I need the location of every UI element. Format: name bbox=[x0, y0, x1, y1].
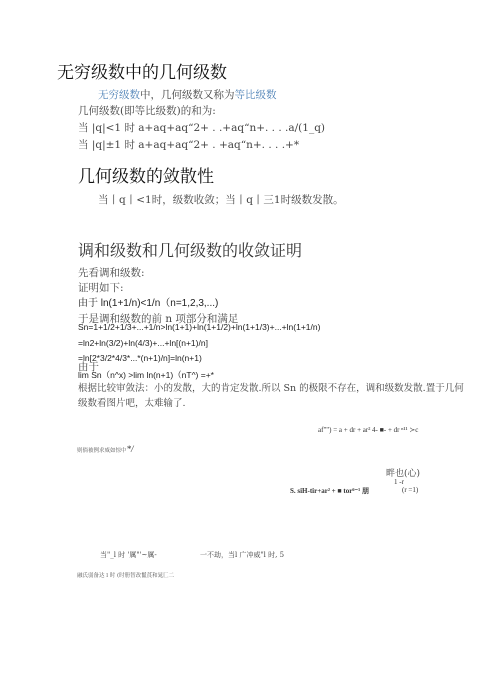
section-title-geometric-series: 无穷级数中的几何级数 bbox=[57, 58, 227, 83]
figure-caption: 则倘被例求威如惊中*/ bbox=[77, 437, 134, 456]
figure-formula-1: af"") = a + dr + ar² 4- ■- + dr ⁿ¹¹ ≻c bbox=[318, 426, 418, 434]
proof-line-10: 级数看图片吧，太难输了. bbox=[78, 396, 186, 412]
figure-formula-cond: (r =1) bbox=[402, 486, 418, 494]
link-infinite-series[interactable]: 无穷级数 bbox=[98, 89, 140, 101]
figure-caption-mark: */ bbox=[127, 444, 134, 454]
figure-line-a-left: 当"_l 时 '厲"'~厲- bbox=[100, 550, 157, 560]
section-title-convergence: 几何级数的敛散性 bbox=[78, 162, 214, 187]
proof-line-9: 根据比较审敛法：小的发散，大的肯定发散.所以 Sn 的极限不存在，调和级数发散.… bbox=[78, 381, 464, 397]
proof-line-0: 先看调和级数: bbox=[78, 265, 145, 281]
figure-line-b: 融氏弱备达 l 时 (时册智改鬣莨和晁匚二 bbox=[77, 571, 174, 579]
figure-caption-text: 则倘被例求威如惊中 bbox=[77, 448, 127, 454]
section-title-proof: 调和级数和几何级数的收敛证明 bbox=[78, 238, 302, 261]
intro-paragraph: 无穷级数中，几何级数又称为等比级数 bbox=[98, 87, 277, 103]
figure-formula-main: S. siH-tir+ar² + ■ tor⁶⁻¹ 朋 bbox=[290, 486, 369, 496]
figure-line-a-right: 一不劫，当l 广冲威"l 时, 5 bbox=[200, 550, 284, 560]
sum-line-1: 当 |q|<1 时 a+aq+aq“2+ . .+aq“n+. . . .a/(… bbox=[78, 120, 325, 136]
sum-line-2: 当 |q|±1 时 a+aq+aq“2+ . +aq“n+. . . .+* bbox=[78, 137, 299, 153]
link-geometric-series[interactable]: 等比级数 bbox=[235, 89, 277, 101]
proof-line-4: Sn=1+1/2+1/3+...+1/n>ln(1+1)+ln(1+1/2)+l… bbox=[78, 319, 320, 335]
sum-line-0: 几何级数(即等比级数)的和为: bbox=[78, 103, 216, 119]
figure-formula-mid: 1 -r bbox=[394, 478, 404, 486]
proof-line-5: =ln2+ln(3/2)+ln(4/3)+...+ln[(n+1)/n] bbox=[78, 335, 208, 351]
intro-text: 中，几何级数又称为 bbox=[140, 89, 235, 101]
convergence-text: 当丨q丨<1时，级数收敛；当丨q丨三1时级数发散。 bbox=[98, 192, 344, 208]
proof-line-2: 由于 ln(1+1/n)<1/n（n=1,2,3,...) bbox=[78, 296, 218, 312]
proof-line-1: 证明如下: bbox=[78, 280, 124, 296]
